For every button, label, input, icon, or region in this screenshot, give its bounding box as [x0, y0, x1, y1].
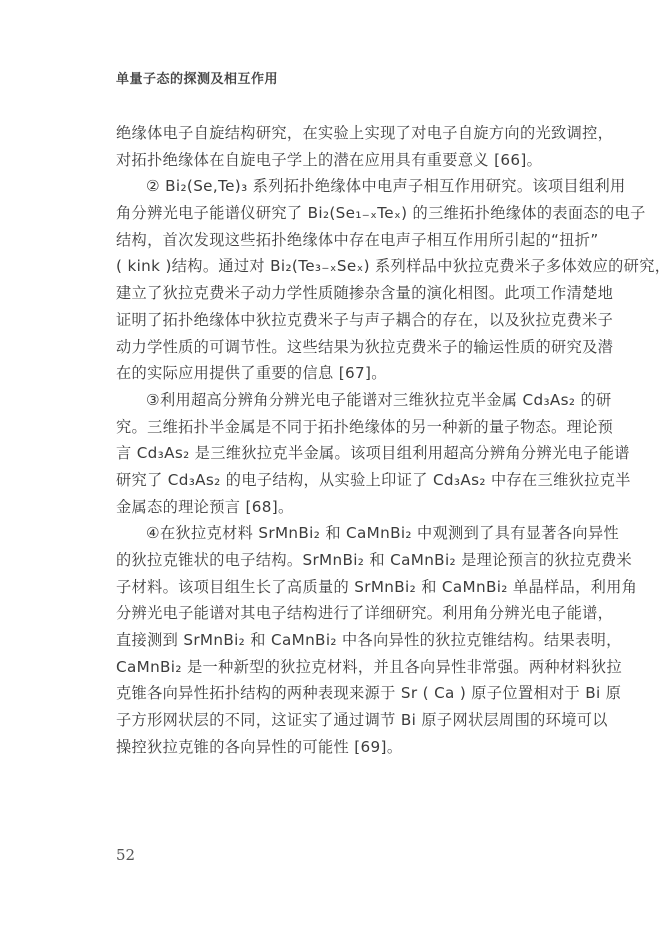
- text-line: 结构，首次发现这些拓扑绝缘体中存在电声子相互作用所引起的“扭折”: [116, 227, 574, 254]
- page-number: 52: [116, 846, 135, 864]
- body-text: 绝缘体电子自旋结构研究，在实验上实现了对电子自旋方向的光致调控， 对拓扑绝缘体在…: [116, 120, 574, 761]
- text-line: 操控狄拉克锥的各向异性的可能性 [69]。: [116, 734, 574, 761]
- text-line: 金属态的理论预言 [68]。: [116, 494, 574, 521]
- text-line: 克锥各向异性拓扑结构的两种表现来源于 Sr ( Ca ) 原子位置相对于 Bi …: [116, 680, 574, 707]
- text-line: ② Bi₂(Se,Te)₃ 系列拓扑绝缘体中电声子相互作用研究。该项目组利用: [116, 173, 574, 200]
- text-line: 建立了狄拉克费米子动力学性质随掺杂含量的演化相图。此项工作清楚地: [116, 280, 574, 307]
- text-line: 对拓扑绝缘体在自旋电子学上的潜在应用具有重要意义 [66]。: [116, 147, 574, 174]
- text-line: 究。三维拓扑半金属是不同于拓扑绝缘体的另一种新的量子物态。理论预: [116, 414, 574, 441]
- text-line: ④在狄拉克材料 SrMnBi₂ 和 CaMnBi₂ 中观测到了具有显著各向异性: [116, 520, 574, 547]
- text-line: 绝缘体电子自旋结构研究，在实验上实现了对电子自旋方向的光致调控，: [116, 120, 574, 147]
- text-line: 子方形网状层的不同，这证实了通过调节 Bi 原子网状层周围的环境可以: [116, 707, 574, 734]
- text-line: 角分辨光电子能谱仪研究了 Bi₂(Se₁₋ₓTeₓ) 的三维拓扑绝缘体的表面态的…: [116, 200, 574, 227]
- text-line: 直接测到 SrMnBi₂ 和 CaMnBi₂ 中各向异性的狄拉克锥结构。结果表明…: [116, 627, 574, 654]
- text-line: CaMnBi₂ 是一种新型的狄拉克材料，并且各向异性非常强。两种材料狄拉: [116, 654, 574, 681]
- text-line: 子材料。该项目组生长了高质量的 SrMnBi₂ 和 CaMnBi₂ 单晶样品，利…: [116, 574, 574, 601]
- text-line: 研究了 Cd₃As₂ 的电子结构，从实验上印证了 Cd₃As₂ 中存在三维狄拉克…: [116, 467, 574, 494]
- text-line: ( kink )结构。通过对 Bi₂(Te₃₋ₓSeₓ) 系列样品中狄拉克费米子…: [116, 253, 574, 280]
- running-title: 单量子态的探测及相互作用: [116, 68, 278, 87]
- text-line: 在的实际应用提供了重要的信息 [67]。: [116, 360, 574, 387]
- text-line: ③利用超高分辨角分辨光电子能谱对三维狄拉克半金属 Cd₃As₂ 的研: [116, 387, 574, 414]
- text-line: 分辨光电子能谱对其电子结构进行了详细研究。利用角分辨光电子能谱，: [116, 600, 574, 627]
- text-line: 言 Cd₃As₂ 是三维狄拉克半金属。该项目组利用超高分辨角分辨光电子能谱: [116, 440, 574, 467]
- text-line: 证明了拓扑绝缘体中狄拉克费米子与声子耦合的存在，以及狄拉克费米子: [116, 307, 574, 334]
- text-line: 的狄拉克锥状的电子结构。SrMnBi₂ 和 CaMnBi₂ 是理论预言的狄拉克费…: [116, 547, 574, 574]
- text-line: 动力学性质的可调节性。这些结果为狄拉克费米子的输运性质的研究及潜: [116, 334, 574, 361]
